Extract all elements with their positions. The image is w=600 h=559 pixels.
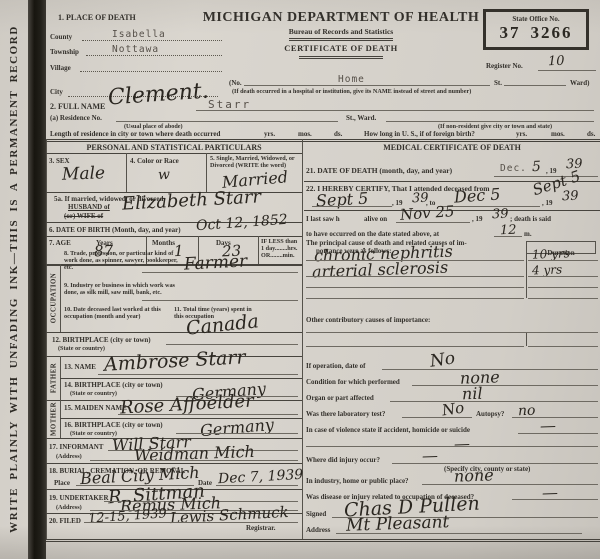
row-rule (46, 332, 302, 333)
informant-address-value: Weidman Mich (134, 444, 255, 464)
filed-label: 20. FILED (49, 517, 81, 525)
mother-birthplace-line (176, 433, 298, 434)
condition-label: Condition for which performed (306, 378, 400, 386)
blank-duration-line (528, 298, 598, 299)
cell-divider (258, 236, 259, 264)
father-name-line (98, 374, 298, 375)
address-value: Mt Pleasant (346, 514, 450, 535)
industry-line (142, 300, 298, 301)
violence-value: — (540, 418, 557, 435)
last-saw-date: Nov 25 (400, 204, 455, 223)
father-side-label: FATHER (51, 363, 58, 393)
date-of-death-day: 5 (532, 160, 541, 174)
form-bottom-rule (46, 539, 600, 542)
violence-line-2 (306, 446, 598, 447)
operation-value: No (429, 350, 456, 370)
personal-particulars-column: PERSONAL AND STATISTICAL PARTICULARS 3. … (46, 0, 302, 559)
father-name-value: Ambrose Starr (104, 348, 246, 374)
industry-label: 9. Industry or business in which work wa… (64, 282, 182, 296)
last-saw-line (396, 222, 470, 223)
occurred-time-line (494, 236, 522, 237)
trade-value: Farmer (184, 253, 248, 273)
condition-line (412, 385, 598, 386)
undertaker-address-label: (Address) (56, 504, 82, 511)
injury-where-label: Where did injury occur? (306, 456, 380, 464)
contributory-duration-line (528, 346, 598, 347)
organ-value: nil (462, 386, 483, 403)
trade-line (142, 272, 298, 273)
address-line (336, 533, 582, 534)
filed-line (84, 522, 298, 523)
violence-label: In case of violence state if accident, h… (306, 426, 470, 434)
cause-2-duration: 4 yrs (532, 263, 563, 276)
attended-to-year: 39 (562, 190, 579, 204)
violence-squiggle: — (454, 436, 471, 453)
burial-date-value: Dec 7, 1939 (218, 468, 304, 486)
cause-2-duration-line (528, 276, 598, 277)
date-of-death-label: 21. DATE OF DEATH (month, day, and year) (306, 167, 452, 176)
registrar-label: Registrar. (246, 524, 275, 532)
signed-label: Signed (306, 510, 326, 518)
if-less-label: IF LESS than 1 day........hrs. OR.......… (261, 238, 301, 259)
last-worked-label: 10. Date deceased last worked at this oc… (64, 306, 170, 320)
organ-line (390, 401, 598, 402)
birthplace-label: 12. BIRTHPLACE (city or town) (52, 336, 151, 344)
race-value: w (158, 168, 170, 182)
lab-test-line (402, 417, 472, 418)
contributory-label: Other contributory causes of importance: (306, 316, 430, 324)
duration-column-divider (526, 254, 527, 298)
cause-2-value: arterial sclerosis (312, 260, 449, 281)
birthplace-line (166, 344, 298, 345)
cause-1-duration: 10 yrs (532, 247, 570, 260)
birthplace-sub: (State or country) (58, 345, 105, 352)
father-birthplace-label: 14. BIRTHPLACE (city or town) (64, 381, 163, 389)
mother-birthplace-label: 16. BIRTHPLACE (city or town) (64, 421, 163, 429)
informant-address-line (90, 460, 298, 461)
organ-label: Organ or part affected (306, 394, 374, 402)
margin-instruction: WRITE PLAINLY WITH UNFADING INK—THIS IS … (8, 25, 20, 533)
mother-birthplace-value: Germany (199, 417, 274, 439)
burial-date-line (216, 485, 298, 486)
last-saw-year: 39 (492, 208, 509, 222)
informant-address-label: (Address) (56, 453, 82, 460)
lab-test-value: No (441, 401, 465, 419)
cell-divider (126, 153, 127, 192)
mother-strip-divider (60, 400, 61, 438)
race-label: 4. Color or Race (130, 157, 179, 165)
injury-where-value: — (422, 448, 439, 465)
cell-divider (206, 153, 207, 192)
alive-on-label: alive on (364, 215, 387, 223)
industry-home-label: In industry, home or public place? (306, 477, 409, 485)
husband-of-label: HUSBAND of (68, 203, 110, 211)
certificate-form: 1. PLACE OF DEATH County Isabella Townsh… (46, 0, 600, 559)
blank-duration-line (528, 287, 598, 288)
maiden-name-label: 15. MAIDEN NAME (64, 404, 127, 412)
age-label: 7. AGE (49, 239, 71, 247)
blank-cause-line (306, 298, 524, 299)
undertaker-label: 19. UNDERTAKER (49, 494, 109, 502)
contributory-line-2 (306, 346, 524, 347)
duration-column-divider-2 (526, 333, 527, 346)
occupation-side-label: OCCUPATION (51, 273, 58, 323)
violence-line (518, 433, 598, 434)
row-rule (46, 236, 302, 237)
dob-value: Oct 12, 1852 (196, 213, 289, 233)
informant-label: 17. INFORMANT (49, 443, 103, 451)
injury-where-line (392, 463, 598, 464)
autopsy-label: Autopsy? (476, 410, 504, 418)
disease-occupation-line (512, 499, 598, 500)
attended-from-line (312, 206, 392, 207)
sex-value: Male (62, 165, 106, 183)
attended-to-value: Dec 5 (453, 186, 501, 205)
occupation-strip-divider (60, 264, 61, 332)
medical-certificate-column: MEDICAL CERTIFICATE OF DEATH 21. DATE OF… (304, 0, 600, 559)
contributory-line (306, 332, 598, 333)
row-rule (60, 378, 302, 379)
mother-side-label: MOTHER (51, 402, 58, 436)
cause-2-line (306, 276, 524, 277)
burial-place-label: Place (54, 479, 70, 487)
industry-home-value: none (454, 467, 494, 484)
trade-label: 8. Trade, profession, or particular kind… (64, 250, 182, 271)
spouse-value: Elizabeth Starr (122, 188, 262, 213)
industry-home-line (422, 484, 598, 485)
occurred-label: to have occurred on the date stated abov… (306, 230, 439, 238)
wife-of-label: (or) WIFE of (64, 212, 103, 220)
right-section-title: MEDICAL CERTIFICATE OF DEATH (304, 143, 600, 152)
cause-1-duration-line (528, 260, 598, 261)
birthplace-value: Canada (185, 312, 260, 339)
scan-edge-band (28, 0, 46, 559)
left-section-rule (46, 153, 302, 154)
certificate-scan: WRITE PLAINLY WITH UNFADING INK—THIS IS … (0, 0, 600, 559)
date-of-death-month: Dec. (500, 163, 527, 174)
last-saw-label: I last saw h (306, 215, 340, 223)
nineteen-label-3: , 19 (542, 199, 553, 207)
m-label: m. (524, 230, 532, 238)
blank-cause-line (306, 287, 524, 288)
months-label: Months (152, 239, 175, 247)
left-section-title: PERSONAL AND STATISTICAL PARTICULARS (46, 143, 302, 152)
father-birthplace-sub: (State or country) (70, 390, 117, 397)
dob-label: 6. DATE OF BIRTH (Month, day, and year) (49, 226, 181, 234)
nineteen-label-4: , 19 (472, 215, 483, 223)
operation-label: If operation, date of (306, 362, 366, 370)
lab-test-label: Was there laboratory test? (306, 410, 385, 418)
father-name-label: 13. NAME (64, 363, 96, 371)
address-label: Address (306, 526, 330, 534)
mother-birthplace-sub: (State or country) (70, 430, 117, 437)
